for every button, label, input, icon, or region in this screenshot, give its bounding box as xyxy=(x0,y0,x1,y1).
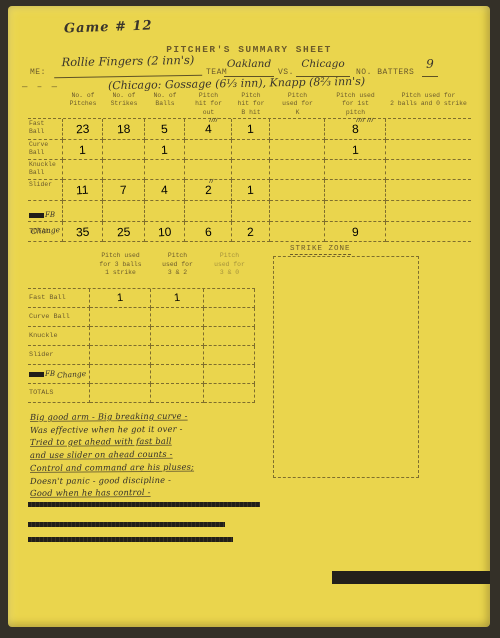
main-cell xyxy=(270,180,325,201)
count-cell xyxy=(90,327,151,346)
main-cell xyxy=(185,140,232,160)
cell-value: 23 xyxy=(75,122,89,137)
count-label-slider: Slider xyxy=(28,346,90,365)
main-cell xyxy=(386,140,471,160)
cell-value: 7 xyxy=(120,183,127,197)
main-cell xyxy=(103,201,145,222)
main-cell: 25 xyxy=(103,222,145,242)
redacted-line xyxy=(28,502,260,507)
main-col-2b0s: Pitch used for 2 balls and 0 strike xyxy=(386,92,471,109)
main-cell xyxy=(103,140,145,160)
strike-zone-label: STRIKE ZONE xyxy=(290,245,351,255)
count-col-3and2: Pitch used for 3 & 2 xyxy=(151,252,204,278)
main-cell xyxy=(270,222,325,242)
main-cell xyxy=(145,201,185,222)
cell-value: 5 xyxy=(161,122,168,136)
cell-value: 11 xyxy=(76,183,89,198)
redacted-word: FB xyxy=(29,212,62,219)
count-table-header: Pitch used for 3 balls 1 strike Pitch us… xyxy=(28,252,255,278)
main-cell: 9 xyxy=(325,222,386,242)
main-cell xyxy=(185,201,232,222)
main-col-strikes: No. of Strikes xyxy=(103,92,145,109)
main-table: Fast Ball 23 18 5 IIII4 1 IIII III8 Curv… xyxy=(28,118,471,242)
cell-value: 35 xyxy=(75,224,89,239)
main-cell: 10 xyxy=(145,222,185,242)
row-label-curveball: Curve Ball xyxy=(28,140,63,160)
main-col-balls: No. of Balls xyxy=(145,92,185,109)
dash-marks: — – — xyxy=(22,82,59,92)
count-cell xyxy=(204,289,255,308)
main-col-pitches: No. of Pitches xyxy=(63,92,103,109)
count-cell xyxy=(90,384,151,403)
main-cell xyxy=(270,140,325,160)
count-cell: 1 xyxy=(90,289,151,308)
cell-value: 1 xyxy=(161,142,168,156)
strike-zone-box xyxy=(273,256,419,478)
main-cell xyxy=(386,119,471,140)
main-cell: IIII4 xyxy=(185,119,232,140)
main-cell xyxy=(325,201,386,222)
main-cell: 1 xyxy=(232,180,270,201)
count-cell xyxy=(151,346,204,365)
main-cell: 1 xyxy=(325,140,386,160)
row-label-fastball: Fast Ball xyxy=(28,119,63,140)
count-label-fb-change: FB Change xyxy=(28,365,90,384)
main-cell xyxy=(232,160,270,180)
count-col-3and0: Pitch used for 3 & 0 xyxy=(204,252,255,278)
game-number: Game # 12 xyxy=(64,18,153,36)
fb-overwrite: FB xyxy=(45,370,55,378)
count-cell xyxy=(151,327,204,346)
cell-value: 6 xyxy=(204,224,211,238)
cell-value: 1 xyxy=(247,122,254,136)
main-cell xyxy=(232,201,270,222)
main-cell xyxy=(270,201,325,222)
fb-overwrite: FB xyxy=(45,211,55,219)
scan-artifact-bar xyxy=(332,571,490,584)
count-cell xyxy=(151,308,204,327)
main-col-hit-out: Pitch hit for out xyxy=(185,92,232,117)
main-cell: 6 xyxy=(185,222,232,242)
count-cell xyxy=(90,308,151,327)
team-name: Oakland xyxy=(224,58,274,77)
count-cell xyxy=(90,365,151,384)
count-cell: 1 xyxy=(151,289,204,308)
row-label-slider: Slider xyxy=(28,180,63,201)
main-cell xyxy=(386,201,471,222)
cell-value: 4 xyxy=(204,122,211,136)
main-cell: 18 xyxy=(103,119,145,140)
count-table: Fast Ball 1 1 Curve Ball Knuckle Slider … xyxy=(28,288,255,403)
count-col-3b1s: Pitch used for 3 balls 1 strike xyxy=(90,252,151,278)
count-cell xyxy=(151,365,204,384)
count-cell xyxy=(90,346,151,365)
main-cell: 11 xyxy=(63,180,103,201)
count-cell xyxy=(204,365,255,384)
main-cell: 1 xyxy=(232,119,270,140)
opponent-name: Chicago xyxy=(296,58,350,77)
redacted-line xyxy=(28,522,225,527)
note-line: Good when he has control - xyxy=(30,485,266,500)
main-cell: 1 xyxy=(145,140,185,160)
main-cell: 7 xyxy=(103,180,145,201)
main-cell xyxy=(270,160,325,180)
cell-value: 9 xyxy=(351,224,358,238)
cell-value: 2 xyxy=(204,183,211,197)
redacted-line xyxy=(28,537,233,542)
main-cell: 35 xyxy=(63,222,103,242)
main-cell: 5 xyxy=(145,119,185,140)
main-cell xyxy=(63,160,103,180)
count-cell xyxy=(151,384,204,403)
cell-value: 10 xyxy=(157,224,171,239)
cell-value: 1 xyxy=(79,142,86,156)
count-cell xyxy=(204,384,255,403)
count-cell xyxy=(204,308,255,327)
count-label-curveball: Curve Ball xyxy=(28,308,90,327)
main-col-1st-pitch: Pitch used for 1st pitch xyxy=(325,92,386,117)
main-cell xyxy=(103,160,145,180)
row-label-fb-change: FB Change xyxy=(28,201,63,222)
cell-value: 4 xyxy=(161,183,168,197)
main-cell xyxy=(386,222,471,242)
count-label-fastball: Fast Ball xyxy=(28,289,90,308)
count-label-knuckle: Knuckle xyxy=(28,327,90,346)
cell-value: 8 xyxy=(351,122,358,136)
cell-value: 18 xyxy=(116,122,130,137)
main-col-used-k: Pitch used for K xyxy=(270,92,325,117)
count-cell xyxy=(204,346,255,365)
scanned-summary-sheet: Game # 12 PITCHER'S SUMMARY SHEET ME: Ro… xyxy=(8,6,490,627)
main-cell xyxy=(270,119,325,140)
main-cell xyxy=(325,160,386,180)
redaction-mark xyxy=(29,213,44,218)
main-cell xyxy=(185,160,232,180)
count-cell xyxy=(204,327,255,346)
main-cell xyxy=(386,160,471,180)
main-cell xyxy=(63,201,103,222)
cell-value: 1 xyxy=(173,292,180,304)
main-cell: 23 xyxy=(63,119,103,140)
cell-value: 1 xyxy=(247,183,254,197)
main-cell: 1 xyxy=(63,140,103,160)
main-table-header: No. of Pitches No. of Strikes No. of Bal… xyxy=(28,92,471,117)
change-overwrite: Change xyxy=(57,368,87,379)
cell-value: 1 xyxy=(351,142,358,156)
main-cell: II2 xyxy=(185,180,232,201)
main-cell xyxy=(232,140,270,160)
row-label-knuckleball: Knuckle Ball xyxy=(28,160,63,180)
page-title: PITCHER'S SUMMARY SHEET xyxy=(8,44,490,55)
main-cell xyxy=(386,180,471,201)
cell-value: 25 xyxy=(116,224,130,239)
opponent-pitchers-note: (Chicago: Gossage (6⅓ inn), Knapp (8⅔ in… xyxy=(108,75,365,92)
scouting-notes: Big good arm - Big breaking curve - Was … xyxy=(30,410,266,499)
batters-count: 9 xyxy=(422,57,438,77)
main-cell xyxy=(145,160,185,180)
cell-value: 2 xyxy=(247,224,254,238)
main-cell xyxy=(325,180,386,201)
main-cell: 4 xyxy=(145,180,185,201)
name-label: ME: xyxy=(30,68,46,77)
pitcher-name: Rollie Fingers (2 inn's) xyxy=(54,53,202,79)
cell-value: 1 xyxy=(116,292,123,304)
main-col-hit-bhit: Pitch hit for B hit xyxy=(232,92,270,117)
main-cell: 2 xyxy=(232,222,270,242)
count-label-totals: TOTALS xyxy=(28,384,90,403)
redaction-mark xyxy=(29,372,44,377)
main-cell: IIII III8 xyxy=(325,119,386,140)
